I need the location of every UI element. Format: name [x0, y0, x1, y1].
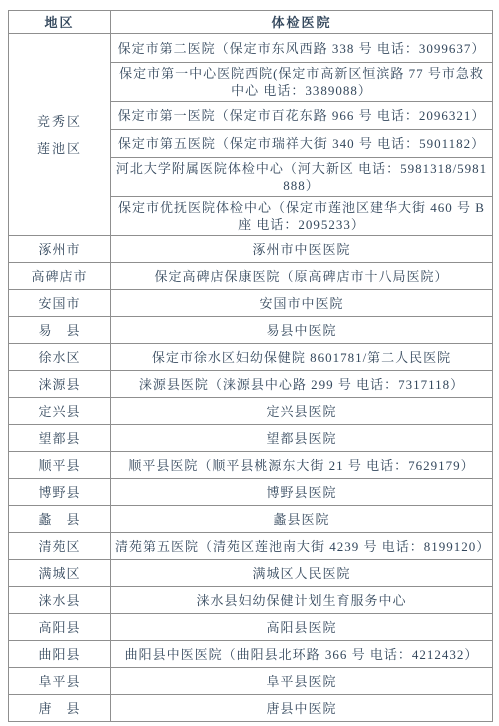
- table-row: 满城区 满城区人民医院: [9, 560, 493, 587]
- region-cell: 徐水区: [9, 344, 111, 371]
- table-row: 高碑店市 保定高碑店保康医院（原高碑店市十八局医院）: [9, 263, 493, 290]
- hospital-cell: 保定市徐水区妇幼保健院 8601781/第二人民医院: [111, 344, 493, 371]
- region-cell-merged: 竞秀区 莲池区: [9, 34, 111, 236]
- hospital-cell: 保定市第一医院（保定市百花东路 966 号 电话：2096321）: [111, 102, 493, 130]
- hospital-cell: 保定市第五医院（保定市瑞祥大街 340 号 电话：5901182）: [111, 130, 493, 158]
- region-cell: 唐 县: [9, 695, 111, 722]
- region-cell: 高阳县: [9, 614, 111, 641]
- hospital-cell: 涞水县妇幼保健计划生育服务中心: [111, 587, 493, 614]
- region-cell: 涿州市: [9, 236, 111, 263]
- hospital-cell: 保定市优抚医院体检中心（保定市莲池区建华大街 460 号 B 座 电话：2095…: [111, 197, 493, 236]
- table-row: 涞水县 涞水县妇幼保健计划生育服务中心: [9, 587, 493, 614]
- region-cell: 清苑区: [9, 533, 111, 560]
- hospital-cell: 定兴县医院: [111, 398, 493, 425]
- table-row: 顺平县 顺平县医院（顺平县桃源东大街 21 号 电话：7629179）: [9, 452, 493, 479]
- table-row: 蠡 县 蠡县医院: [9, 506, 493, 533]
- hospital-cell: 安国市中医院: [111, 290, 493, 317]
- region-cell: 蠡 县: [9, 506, 111, 533]
- hospital-cell: 涿州市中医医院: [111, 236, 493, 263]
- table-row: 涿州市 涿州市中医医院: [9, 236, 493, 263]
- hospital-table: 地区 体检医院 竞秀区 莲池区 保定市第二医院（保定市东风西路 338 号 电话…: [8, 10, 493, 722]
- region-cell: 满城区: [9, 560, 111, 587]
- region-cell: 望都县: [9, 425, 111, 452]
- table-row: 安国市 安国市中医院: [9, 290, 493, 317]
- hospital-cell: 清苑第五医院（清苑区莲池南大街 4239 号 电话：8199120）: [111, 533, 493, 560]
- region-cell: 定兴县: [9, 398, 111, 425]
- region-cell: 顺平县: [9, 452, 111, 479]
- table-row: 高阳县 高阳县医院: [9, 614, 493, 641]
- hospital-cell: 唐县中医院: [111, 695, 493, 722]
- hospital-cell: 高阳县医院: [111, 614, 493, 641]
- hospital-cell: 易县中医院: [111, 317, 493, 344]
- table-row: 竞秀区 莲池区 保定市第二医院（保定市东风西路 338 号 电话：3099637…: [9, 34, 493, 63]
- region-cell: 阜平县: [9, 668, 111, 695]
- region-cell: 高碑店市: [9, 263, 111, 290]
- header-hospital: 体检医院: [111, 11, 493, 34]
- table-row: 定兴县 定兴县医院: [9, 398, 493, 425]
- hospital-cell: 保定高碑店保康医院（原高碑店市十八局医院）: [111, 263, 493, 290]
- table-header-row: 地区 体检医院: [9, 11, 493, 34]
- hospital-cell: 顺平县医院（顺平县桃源东大街 21 号 电话：7629179）: [111, 452, 493, 479]
- hospital-cell: 满城区人民医院: [111, 560, 493, 587]
- region-cell: 安国市: [9, 290, 111, 317]
- table-row: 阜平县 阜平县医院: [9, 668, 493, 695]
- table-row: 唐 县 唐县中医院: [9, 695, 493, 722]
- hospital-cell: 涞源县医院（涞源县中心路 299 号 电话：7317118）: [111, 371, 493, 398]
- hospital-cell: 曲阳县中医医院（曲阳县北环路 366 号 电话：4212432）: [111, 641, 493, 668]
- region-line: 竞秀区: [13, 108, 106, 135]
- region-cell: 曲阳县: [9, 641, 111, 668]
- table-row: 涞源县 涞源县医院（涞源县中心路 299 号 电话：7317118）: [9, 371, 493, 398]
- table-row: 曲阳县 曲阳县中医医院（曲阳县北环路 366 号 电话：4212432）: [9, 641, 493, 668]
- hospital-cell: 博野县医院: [111, 479, 493, 506]
- table-row: 博野县 博野县医院: [9, 479, 493, 506]
- region-cell: 涞水县: [9, 587, 111, 614]
- region-cell: 易 县: [9, 317, 111, 344]
- hospital-cell: 蠡县医院: [111, 506, 493, 533]
- table-row: 清苑区 清苑第五医院（清苑区莲池南大街 4239 号 电话：8199120）: [9, 533, 493, 560]
- region-cell: 博野县: [9, 479, 111, 506]
- hospital-cell: 保定市第二医院（保定市东风西路 338 号 电话：3099637）: [111, 34, 493, 63]
- hospital-cell: 阜平县医院: [111, 668, 493, 695]
- region-cell: 涞源县: [9, 371, 111, 398]
- hospital-cell: 保定市第一中心医院西院(保定市高新区恒滨路 77 号市急救中心 电话：33890…: [111, 63, 493, 102]
- hospital-cell: 河北大学附属医院体检中心（河大新区 电话：5981318/5981888）: [111, 158, 493, 197]
- header-region: 地区: [9, 11, 111, 34]
- table-row: 易 县 易县中医院: [9, 317, 493, 344]
- region-line: 莲池区: [13, 135, 106, 162]
- table-row: 徐水区 保定市徐水区妇幼保健院 8601781/第二人民医院: [9, 344, 493, 371]
- hospital-cell: 望都县医院: [111, 425, 493, 452]
- table-row: 望都县 望都县医院: [9, 425, 493, 452]
